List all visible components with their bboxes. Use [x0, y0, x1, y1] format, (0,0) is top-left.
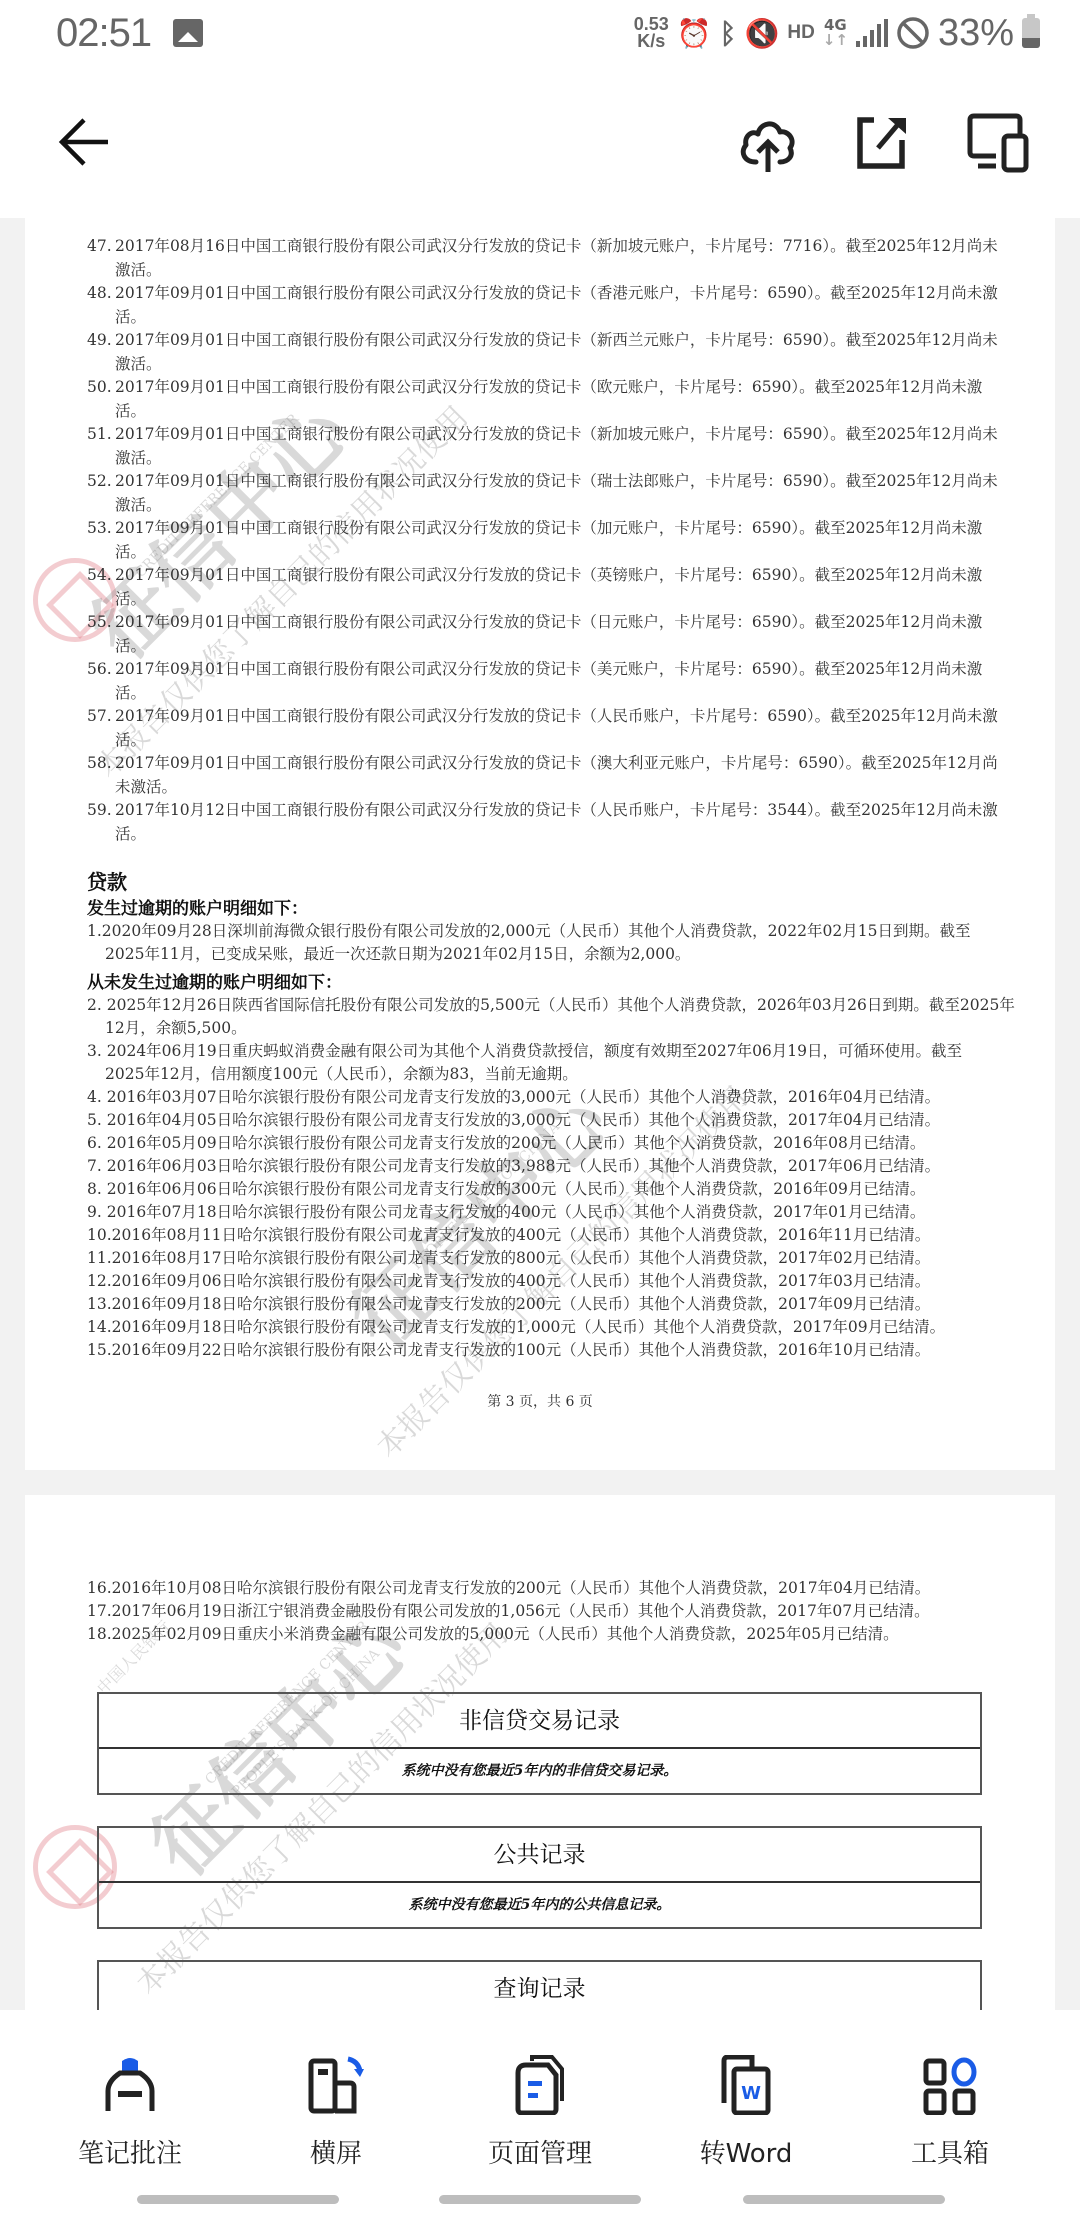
record-title: 查询记录	[99, 1962, 980, 2010]
rotate-landscape-icon	[308, 2055, 364, 2115]
svg-text:W: W	[741, 2083, 761, 2104]
card-entry: 50.2017年09月01日中国工商银行股份有限公司武汉分行发放的贷记卡（欧元账…	[87, 375, 1017, 423]
card-entry: 55.2017年09月01日中国工商银行股份有限公司武汉分行发放的贷记卡（日元账…	[87, 610, 1017, 658]
record-box-inquiry: 查询记录	[97, 1960, 982, 2010]
loan-entry: 4. 2016年03月07日哈尔滨银行股份有限公司龙青支行发放的3,000元（人…	[87, 1086, 1027, 1109]
card-entry: 47.2017年08月16日中国工商银行股份有限公司武汉分行发放的贷记卡（新加坡…	[87, 234, 1017, 282]
nav-gesture-pill-left[interactable]	[137, 2195, 339, 2204]
card-entry: 58.2017年09月01日中国工商银行股份有限公司武汉分行发放的贷记卡（澳大利…	[87, 751, 1017, 799]
toolbar-label: 转Word	[666, 2133, 826, 2170]
toolbar-label: 笔记批注	[50, 2133, 210, 2170]
toolbar-label: 工具箱	[870, 2133, 1030, 2170]
loan-entry: 18.2025年02月09日重庆小米消费金融有限公司发放的5,000元（人民币）…	[87, 1623, 1027, 1646]
toolbar-annotate[interactable]: 笔记批注	[50, 2055, 210, 2170]
convert-word-icon: W	[718, 2055, 774, 2115]
record-message: 系统中没有您最近5年内的非信贷交易记录。	[99, 1749, 980, 1793]
status-bar: 02:51 0.53 K/s ⏰ ᛒ 🔇 HD 4G ↓↑ 33%	[0, 0, 1080, 66]
record-box-public: 公共记录 系统中没有您最近5年内的公共信息记录。	[97, 1826, 982, 1929]
card-entry: 53.2017年09月01日中国工商银行股份有限公司武汉分行发放的贷记卡（加元账…	[87, 516, 1017, 564]
alarm-icon: ⏰	[677, 17, 712, 50]
data-arrows-icon: ↓↑	[823, 33, 848, 48]
toolbar-convert-word[interactable]: W 转Word	[666, 2055, 826, 2170]
page-number: 第 3 页，共 6 页	[25, 1391, 1055, 1411]
loan-entry: 10.2016年08月11日哈尔滨银行股份有限公司龙青支行发放的400元（人民币…	[87, 1224, 1027, 1247]
share-export-icon	[852, 110, 916, 174]
record-title: 非信贷交易记录	[99, 1694, 980, 1749]
gallery-notification-icon	[173, 19, 203, 47]
document-viewer[interactable]: 征信中心 CREDIT REFERENCE CENTER 本报告仅供您了解自己的…	[0, 218, 1080, 2010]
section-title-loans: 贷款	[87, 866, 127, 895]
loan-entry: 8. 2016年06月06日哈尔滨银行股份有限公司龙青支行发放的300元（人民币…	[87, 1178, 1027, 1201]
card-entry: 56.2017年09月01日中国工商银行股份有限公司武汉分行发放的贷记卡（美元账…	[87, 657, 1017, 705]
mobile-data-icon: 4G ↓↑	[823, 18, 848, 48]
battery-percent: 33%	[938, 12, 1014, 55]
loan-entry: 15.2016年09月22日哈尔滨银行股份有限公司龙青支行发放的100元（人民币…	[87, 1339, 1027, 1362]
toolbar-toolbox[interactable]: 工具箱	[870, 2055, 1030, 2170]
card-entry: 52.2017年09月01日中国工商银行股份有限公司武汉分行发放的贷记卡（瑞士法…	[87, 469, 1017, 517]
no-overdue-heading: 从未发生过逾期的账户明细如下：	[87, 968, 342, 993]
back-arrow-icon	[56, 112, 116, 172]
loan-entry: 6. 2016年05月09日哈尔滨银行股份有限公司龙青支行发放的200元（人民币…	[87, 1132, 1027, 1155]
share-export-button[interactable]	[852, 110, 916, 174]
page-manage-icon	[512, 2055, 568, 2115]
card-entry: 57.2017年09月01日中国工商银行股份有限公司武汉分行发放的贷记卡（人民币…	[87, 704, 1017, 752]
loan-entry: 7. 2016年06月03日哈尔滨银行股份有限公司龙青支行发放的3,988元（人…	[87, 1155, 1027, 1178]
net-speed-unit: K/s	[634, 33, 669, 50]
nav-gesture-pill-right[interactable]	[743, 2195, 945, 2204]
cloud-upload-icon	[736, 110, 800, 174]
loan-entry: 17.2017年06月19日浙江宁银消费金融股份有限公司发放的1,056元（人民…	[87, 1600, 1027, 1623]
watermark-notice: 本报告仅供您了解自己的信用状况使用	[124, 1611, 516, 2003]
overdue-heading: 发生过逾期的账户明细如下：	[87, 894, 308, 919]
bottom-toolbar: 笔记批注 横屏 页面管理 W 转Word	[0, 2010, 1080, 2220]
document-page-4: 征信中心 中国人民银行 CREDIT REFERENCE CENTER PEOP…	[25, 1495, 1055, 2010]
toolbar-label: 页面管理	[460, 2133, 620, 2170]
back-button[interactable]	[56, 112, 116, 172]
signal-strength-icon	[856, 19, 888, 47]
hd-voice-icon: HD	[787, 22, 814, 44]
toolbar-label: 横屏	[256, 2133, 416, 2170]
toolbar-page-manage[interactable]: 页面管理	[460, 2055, 620, 2170]
loan-entry: 14.2016年09月18日哈尔滨银行股份有限公司龙青支行发放的1,000元（人…	[87, 1316, 1027, 1339]
card-entry: 51.2017年09月01日中国工商银行股份有限公司武汉分行发放的贷记卡（新加坡…	[87, 422, 1017, 470]
status-time: 02:51	[56, 11, 151, 56]
card-entry: 49.2017年09月01日中国工商银行股份有限公司武汉分行发放的贷记卡（新西兰…	[87, 328, 1017, 376]
document-page-3: 征信中心 CREDIT REFERENCE CENTER 本报告仅供您了解自己的…	[25, 218, 1055, 1470]
card-entry: 48.2017年09月01日中国工商银行股份有限公司武汉分行发放的贷记卡（香港元…	[87, 281, 1017, 329]
nav-gesture-pill-center[interactable]	[439, 2195, 641, 2204]
toolbar-landscape[interactable]: 横屏	[256, 2055, 416, 2170]
multi-device-button[interactable]	[966, 110, 1030, 174]
record-message: 系统中没有您最近5年内的公共信息记录。	[99, 1883, 980, 1927]
battery-icon	[1022, 18, 1040, 48]
do-not-disturb-icon	[896, 16, 930, 50]
loan-entry: 5. 2016年04月05日哈尔滨银行股份有限公司龙青支行发放的3,000元（人…	[87, 1109, 1027, 1132]
loan-entry: 13.2016年09月18日哈尔滨银行股份有限公司龙青支行发放的200元（人民币…	[87, 1293, 1027, 1316]
cloud-upload-button[interactable]	[736, 110, 800, 174]
loan-entry: 11.2016年08月17日哈尔滨银行股份有限公司龙青支行发放的800元（人民币…	[87, 1247, 1027, 1270]
record-title: 公共记录	[99, 1828, 980, 1883]
loan-entry: 16.2016年10月08日哈尔滨银行股份有限公司龙青支行发放的200元（人民币…	[87, 1577, 1027, 1600]
bluetooth-icon: ᛒ	[720, 17, 737, 50]
loan-entry: 9. 2016年07月18日哈尔滨银行股份有限公司龙青支行发放的400元（人民币…	[87, 1201, 1027, 1224]
highlighter-icon	[102, 2055, 158, 2115]
network-speed: 0.53 K/s	[634, 16, 669, 50]
card-entry: 59.2017年10月12日中国工商银行股份有限公司武汉分行发放的贷记卡（人民币…	[87, 798, 1017, 846]
loan-entry: 2. 2025年12月26日陕西省国际信托股份有限公司发放的5,500元（人民币…	[87, 994, 1027, 1040]
vibrate-mute-icon: 🔇	[744, 17, 779, 50]
card-entry: 54.2017年09月01日中国工商银行股份有限公司武汉分行发放的贷记卡（英镑账…	[87, 563, 1017, 611]
loan-entry: 3. 2024年06月19日重庆蚂蚁消费金融有限公司为其他个人消费贷款授信，额度…	[87, 1040, 1027, 1086]
loan-entry: 1.2020年09月28日深圳前海微众银行股份有限公司发放的2,000元（人民币…	[87, 920, 1027, 966]
record-box-non-credit: 非信贷交易记录 系统中没有您最近5年内的非信贷交易记录。	[97, 1692, 982, 1795]
app-bar	[0, 66, 1080, 218]
loan-entry: 12.2016年09月06日哈尔滨银行股份有限公司龙青支行发放的400元（人民币…	[87, 1270, 1027, 1293]
multi-device-icon	[966, 110, 1030, 174]
toolbox-grid-icon	[922, 2055, 978, 2115]
status-icons: 0.53 K/s ⏰ ᛒ 🔇 HD 4G ↓↑ 33%	[634, 12, 1040, 55]
